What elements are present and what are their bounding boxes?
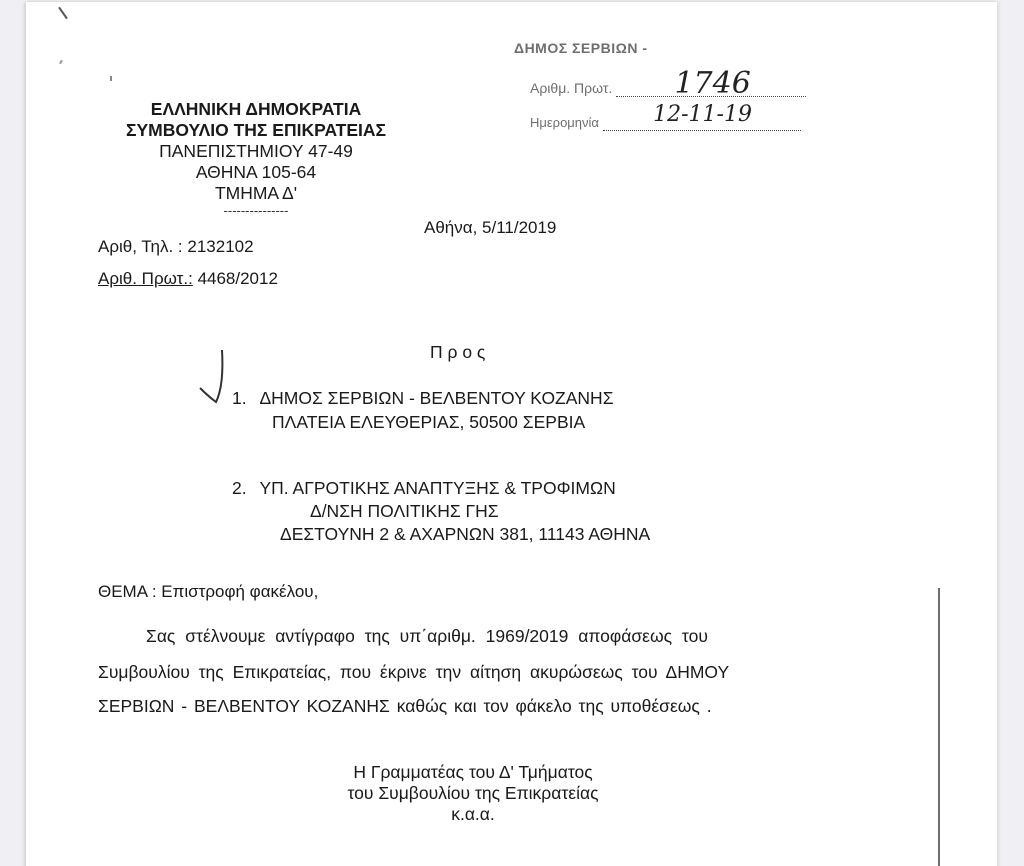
stamp-protocol-field: 1746 (616, 80, 806, 97)
stamp-protocol-value: 1746 (674, 66, 750, 101)
recipient-2: 2. ΥΠ. ΑΓΡΟΤΙΚΗΣ ΑΝΑΠΤΥΞΗΣ & ΤΡΟΦΙΜΩΝ (232, 476, 616, 500)
protocol-label: Αριθ. Πρωτ.: (98, 269, 193, 288)
stamp-title: ΔΗΜΟΣ ΣΕΡΒΙΩΝ - (514, 40, 647, 56)
body-line: Συμβουλίου της Επικρατείας, που έκρινε τ… (98, 662, 729, 683)
recipient-line: ΔΕΣΤΟΥΝΗ 2 & ΑΧΑΡΝΩΝ 381, 11143 ΑΘΗΝΑ (280, 522, 650, 546)
header-separator: --------------- (106, 204, 406, 218)
date-line: Αθήνα, 5/11/2019 (424, 218, 556, 238)
stamp-date-field: 12-11-19 (603, 116, 801, 131)
signature-line: του Συμβουλίου της Επικρατείας (308, 783, 638, 804)
recipient-1: 1. ΔΗΜΟΣ ΣΕΡΒΙΩΝ - ΒΕΛΒΕΝΤΟΥ ΚΟΖΑΝΗΣ (232, 386, 614, 410)
header-line: ΤΜΗΜΑ Δ' (106, 183, 406, 204)
header-line: ΠΑΝΕΠΙΣΤΗΜΙΟΥ 47-49 (106, 141, 406, 162)
phone-value: 2132102 (187, 237, 253, 256)
recipient-line: ΠΛΑΤΕΙΑ ΕΛΕΥΘΕΡΙΑΣ, 50500 ΣΕΡΒΙΑ (272, 410, 585, 434)
issuer-header: ΕΛΛΗΝΙΚΗ ΔΗΜΟΚΡΑΤΙΑ ΣΥΜΒΟΥΛΙΟ ΤΗΣ ΕΠΙΚΡΑ… (106, 99, 406, 218)
scan-mark (110, 76, 112, 81)
recipient-number: 1. (232, 388, 247, 408)
stamp-date-label: Ημερομηνία (530, 115, 599, 130)
body-line: ΣΕΡΒΙΩΝ - ΒΕΛΒΕΝΤΟΥ ΚΟΖΑΝΗΣ καθώς και το… (98, 696, 712, 717)
scan-mark (59, 60, 63, 64)
scan-mark (58, 7, 68, 20)
header-line: ΕΛΛΗΝΙΚΗ ΔΗΜΟΚΡΑΤΙΑ (106, 99, 406, 120)
body-line: Σας στέλνουμε αντίγραφο της υπ΄αριθμ. 19… (146, 626, 708, 647)
stamp-protocol-label: Αριθμ. Πρωτ. (530, 80, 612, 96)
recipient-line: ΥΠ. ΑΓΡΟΤΙΚΗΣ ΑΝΑΠΤΥΞΗΣ & ΤΡΟΦΙΜΩΝ (259, 478, 615, 498)
signature-block: Η Γραμματέας του Δ' Τμήματος του Συμβουλ… (308, 762, 638, 825)
receipt-stamp: ΔΗΜΟΣ ΣΕΡΒΙΩΝ - Αριθμ. Πρωτ. 1746 Ημερομ… (502, 36, 802, 136)
to-label: Π ρ ο ς (430, 342, 485, 363)
document-page: ΔΗΜΟΣ ΣΕΡΒΙΩΝ - Αριθμ. Πρωτ. 1746 Ημερομ… (26, 2, 997, 866)
header-line: ΑΘΗΝΑ 105-64 (106, 162, 406, 183)
signature-line: κ.α.α. (308, 804, 638, 825)
protocol-line: Αριθ. Πρωτ.: 4468/2012 (98, 269, 278, 289)
protocol-value: 4468/2012 (198, 269, 278, 288)
subject-line: ΘΕΜΑ : Επιστροφή φακέλου, (98, 582, 318, 602)
phone-label: Αριθ, Τηλ. : (98, 237, 183, 256)
margin-rule (938, 588, 940, 866)
recipient-number: 2. (232, 478, 247, 498)
phone-line: Αριθ, Τηλ. : 2132102 (98, 237, 254, 257)
signature-line: Η Γραμματέας του Δ' Τμήματος (308, 762, 638, 783)
stamp-date-value: 12-11-19 (653, 102, 752, 127)
recipient-line: ΔΗΜΟΣ ΣΕΡΒΙΩΝ - ΒΕΛΒΕΝΤΟΥ ΚΟΖΑΝΗΣ (259, 388, 613, 408)
recipient-line: Δ/ΝΣΗ ΠΟΛΙΤΙΚΗΣ ΓΗΣ (310, 499, 499, 523)
header-line: ΣΥΜΒΟΥΛΙΟ ΤΗΣ ΕΠΙΚΡΑΤΕΙΑΣ (106, 120, 406, 141)
